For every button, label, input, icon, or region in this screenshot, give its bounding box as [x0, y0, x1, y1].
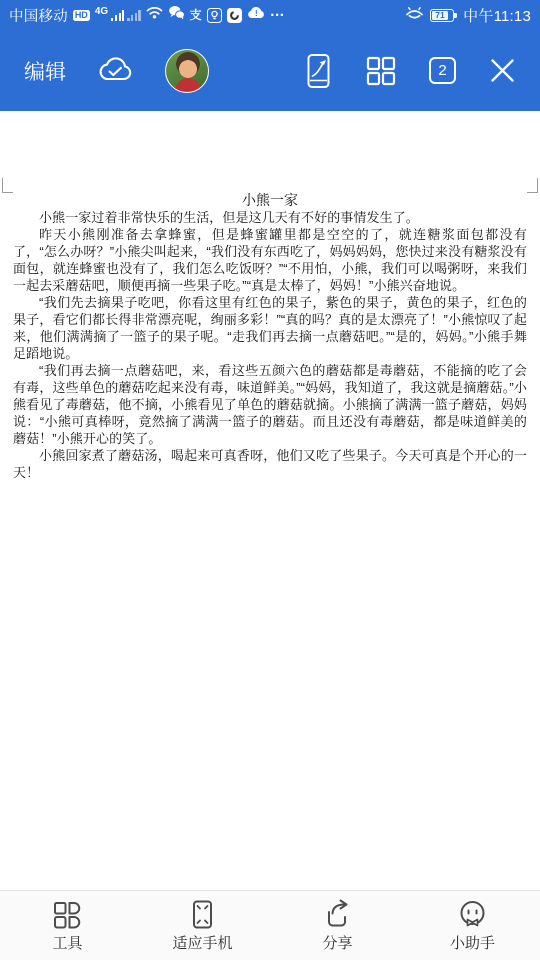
window-count-badge[interactable]: 2 [429, 57, 456, 84]
battery-level: 71 [435, 11, 444, 20]
hd-badge: HD [73, 10, 90, 21]
network-4g-label: 4G [95, 7, 108, 17]
window-count-value: 2 [438, 63, 446, 78]
edit-button[interactable]: 编辑 [24, 56, 66, 86]
alipay-icon: 支 [190, 9, 202, 21]
cloud-alert-icon: ! [247, 6, 265, 24]
page-margin-mark-right [527, 178, 538, 193]
wifi-icon [146, 6, 163, 24]
battery-fill: 71 [432, 11, 448, 20]
battery-icon: 71 [430, 9, 454, 22]
toolbar-left-group: 编辑 [24, 49, 209, 93]
status-bar: 中国移动 HD 4G [0, 0, 540, 30]
paragraph[interactable]: “我们先去摘果子吃吧，你看这里有红色的果子，紫色的果子，黄色的果子，红色的果子，… [13, 294, 527, 362]
grid-components-icon[interactable] [365, 55, 396, 86]
eye-comfort-icon [405, 6, 424, 25]
document-body: 小熊一家过着非常快乐的生活，但是这几天有不好的事情发生了。 昨天小熊刚准备去拿蜂… [0, 209, 540, 481]
cloud-check-icon[interactable] [95, 55, 136, 86]
status-bar-left: 中国移动 HD 4G [9, 5, 405, 26]
svg-text:!: ! [255, 9, 258, 18]
fit-phone-icon [187, 899, 218, 933]
tools-button[interactable]: 工具 [0, 891, 135, 960]
paragraph[interactable]: 小熊回家煮了蘑菇汤，喝起来可真香呀，他们又吃了些果子。今天可真是个开心的一天！ [13, 447, 527, 481]
share-icon [322, 899, 353, 933]
share-label: 分享 [322, 935, 352, 953]
signal-bars-secondary-icon [127, 10, 140, 21]
paragraph[interactable]: “我们再去摘一点蘑菇吧，来，看这些五颜六色的蘑菇都是毒蘑菇，不能摘的吃了会有毒，… [13, 362, 527, 447]
paragraph[interactable]: 昨天小熊刚准备去拿蜂蜜，但是蜂蜜罐里都是空空的了，就连糖浆面包都没有了，“怎么办… [13, 226, 527, 294]
page-margin-mark-left [2, 178, 13, 193]
document-title[interactable]: 小熊一家 [0, 111, 540, 209]
status-bar-right: 71 中午11:13 [405, 5, 531, 26]
bottom-toolbar: 工具 适应手机 分享 [0, 890, 540, 960]
fit-phone-label: 适应手机 [172, 935, 232, 953]
assistant-label: 小助手 [450, 935, 495, 953]
close-icon[interactable] [489, 57, 516, 84]
paragraph[interactable]: 小熊一家过着非常快乐的生活，但是这几天有不好的事情发生了。 [13, 209, 527, 226]
assistant-button[interactable]: 小助手 [405, 891, 540, 960]
assistant-icon [457, 899, 488, 933]
clock-label: 中午11:13 [463, 5, 531, 26]
app-toolbar: 编辑 [0, 30, 540, 111]
wps-editor-screen: 中国移动 HD 4G [0, 0, 540, 960]
document-page[interactable]: 小熊一家 小熊一家过着非常快乐的生活，但是这几天有不好的事情发生了。 昨天小熊刚… [0, 111, 540, 890]
tools-label: 工具 [52, 935, 82, 953]
signal-bars-icon [111, 10, 124, 21]
browser-app-icon [227, 8, 242, 23]
fit-phone-button[interactable]: 适应手机 [135, 891, 270, 960]
avatar[interactable] [165, 49, 209, 93]
carrier-label: 中国移动 [9, 5, 68, 26]
share-button[interactable]: 分享 [270, 891, 405, 960]
toolbar-right-group: 2 [305, 53, 516, 89]
wechat-icon [168, 5, 185, 25]
tools-grid-icon [52, 899, 83, 933]
phone-view-icon[interactable] [305, 53, 332, 89]
flashlight-app-icon [207, 8, 222, 23]
